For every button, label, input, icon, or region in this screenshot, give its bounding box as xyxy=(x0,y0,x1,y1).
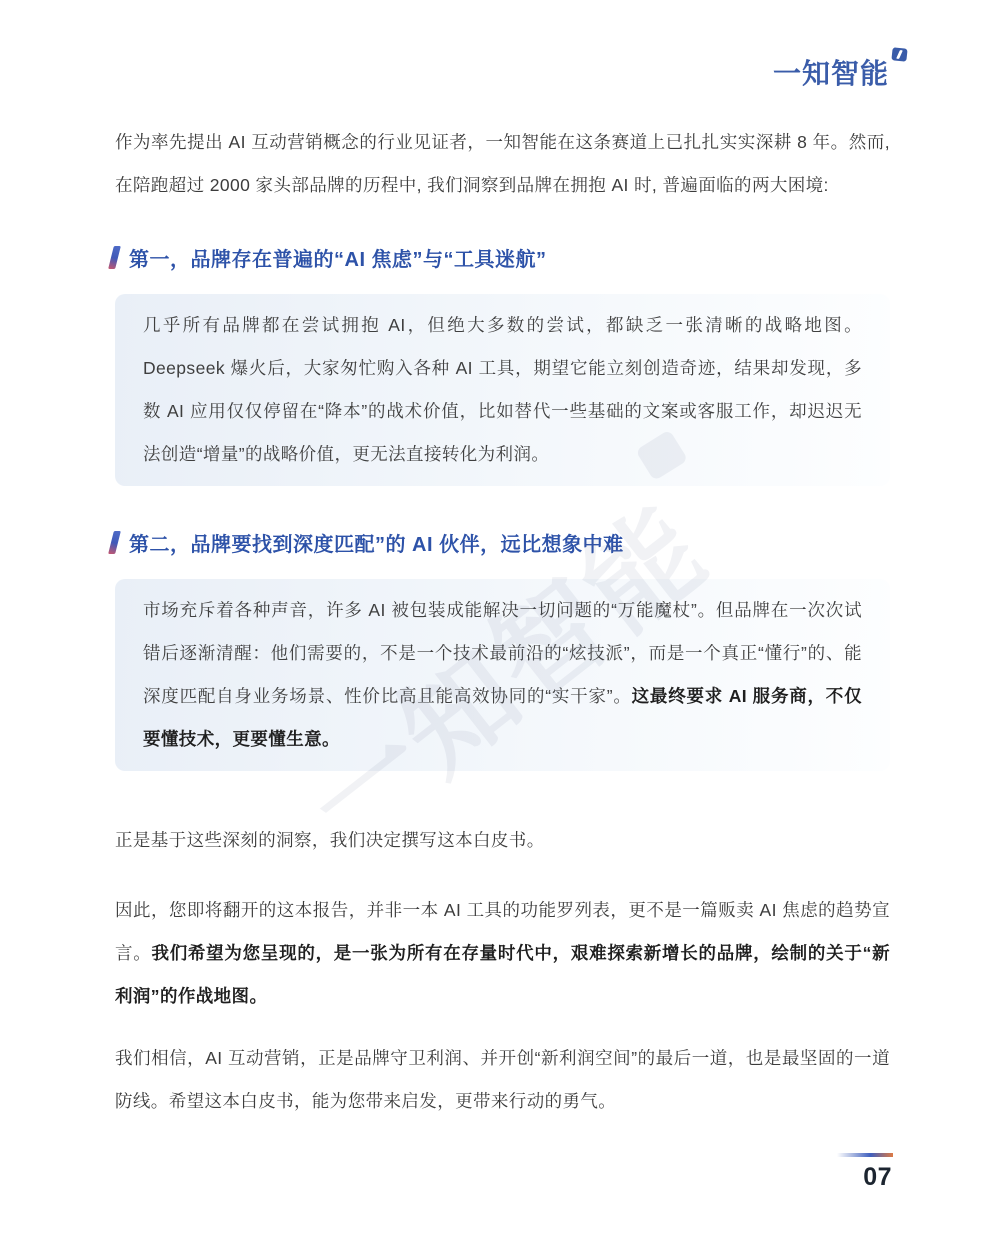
brand-logo: 一知智能 xyxy=(773,52,907,92)
page-content: 作为率先提出 AI 互动营销概念的行业见证者，一知智能在这条赛道上已扎扎实实深耕… xyxy=(115,0,890,1123)
section2-callout-box: 市场充斥着各种声音，许多 AI 被包装成能解决一切问题的“万能魔杖”。但品牌在一… xyxy=(115,579,890,771)
closing-paragraph-3: 我们相信，AI 互动营销，正是品牌守卫利润、并开创“新利润空间”的最后一道，也是… xyxy=(115,1037,890,1123)
section2-heading: 第二，品牌要找到深度匹配”的 AI 伙伴，远比想象中难 xyxy=(111,527,890,557)
page-number: 07 xyxy=(863,1163,892,1192)
closing-paragraph-1: 正是基于这些深刻的洞察，我们决定撰写这本白皮书。 xyxy=(115,819,890,862)
closing-paragraph-2-bold: 我们希望为您呈现的，是一张为所有在存量时代中，艰难探索新增长的品牌，绘制的关于“… xyxy=(115,943,890,1006)
heading-accent-bar-icon xyxy=(108,246,121,269)
section1-heading: 第一，品牌存在普遍的“AI 焦虑”与“工具迷航” xyxy=(111,242,890,272)
whitepaper-page: 一知智能 一知智能 作为率先提出 AI 互动营销概念的行业见证者，一知智能在这条… xyxy=(0,0,1004,1241)
section1-heading-text: 第一，品牌存在普遍的“AI 焦虑”与“工具迷航” xyxy=(129,243,547,272)
logo-ai-badge-icon xyxy=(891,47,907,61)
closing-paragraph-2: 因此，您即将翻开的这本报告，并非一本 AI 工具的功能罗列表，更不是一篇贩卖 A… xyxy=(115,889,890,1018)
section1-callout-box: 几乎所有品牌都在尝试拥抱 AI，但绝大多数的尝试，都缺乏一张清晰的战略地图。De… xyxy=(115,294,890,486)
footer-gradient-rule xyxy=(837,1153,893,1157)
intro-paragraph: 作为率先提出 AI 互动营销概念的行业见证者，一知智能在这条赛道上已扎扎实实深耕… xyxy=(115,121,890,207)
heading-accent-bar-icon xyxy=(108,531,121,554)
brand-logo-text: 一知智能 xyxy=(773,52,889,92)
section1-callout-text: 几乎所有品牌都在尝试拥抱 AI，但绝大多数的尝试，都缺乏一张清晰的战略地图。De… xyxy=(143,304,862,476)
section2-callout-text: 市场充斥着各种声音，许多 AI 被包装成能解决一切问题的“万能魔杖”。但品牌在一… xyxy=(143,589,862,761)
section2-heading-text: 第二，品牌要找到深度匹配”的 AI 伙伴，远比想象中难 xyxy=(129,528,624,557)
